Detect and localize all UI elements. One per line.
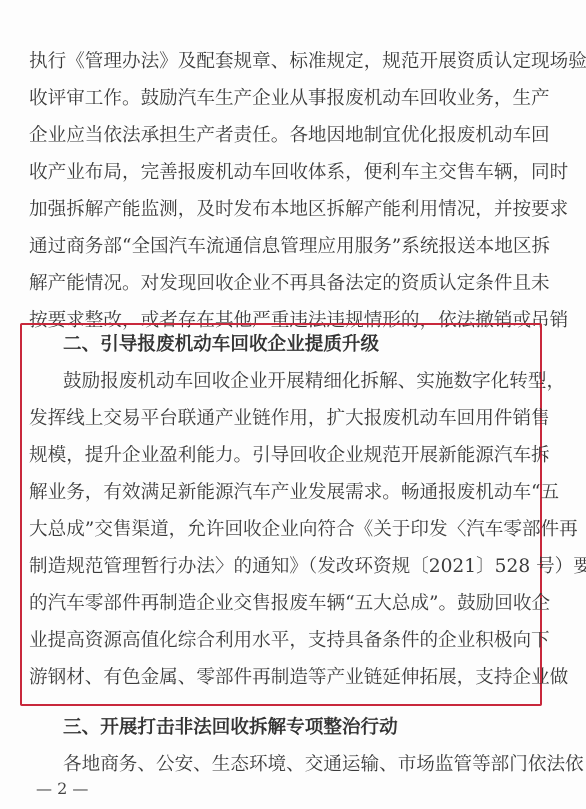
page-number: — 2 — bbox=[36, 779, 88, 799]
section-2-line: 发挥线上交易平台联通产业链作用，扩大报废机动车回用件销售 bbox=[29, 404, 475, 434]
section-2-line: 解业务，有效满足新能源汽车产业发展需求。畅通报废机动车“五 bbox=[29, 478, 475, 508]
section-2-line: 的汽车零部件再制造企业交售报废车辆“五大总成”。鼓励回收企 bbox=[29, 589, 475, 619]
section-2-line: 大总成”交售渠道，允许回收企业向符合《关于印发〈汽车零部件再 bbox=[29, 515, 475, 545]
section-2-line: 制造规范管理暂行办法〉的通知》（发改环资规〔2021〕528 号）要求 bbox=[29, 552, 475, 582]
section-2-line: 鼓励报废机动车回收企业开展精细化拆解、实施数字化转型， bbox=[63, 367, 475, 397]
body-line: 收产业布局，完善报废机动车回收体系，便利车主交售车辆，同时 bbox=[29, 158, 475, 188]
section-2-line: 规模，提升企业盈利能力。引导回收企业规范开展新能源汽车拆 bbox=[29, 441, 475, 471]
body-line: 通过商务部“全国汽车流通信息管理应用服务”系统报送本地区拆 bbox=[29, 232, 475, 262]
section-3-heading: 三、开展打击非法回收拆解专项整治行动 bbox=[63, 713, 398, 743]
section-2-line: 业提高资源高值化综合利用水平，支持具备条件的企业积极向下 bbox=[29, 626, 475, 656]
section-2-line: 游钢材、有色金属、零部件再制造等产业链延伸拓展，支持企业做 bbox=[29, 663, 475, 693]
body-line: 执行《管理办法》及配套规章、标准规定，规范开展资质认定现场验 bbox=[29, 47, 475, 77]
section-2-heading: 二、引导报废机动车回收企业提质升级 bbox=[63, 330, 379, 360]
body-line: 企业应当依法承担生产者责任。各地因地制宜优化报废机动车回 bbox=[29, 121, 475, 151]
body-line: 解产能情况。对发现回收企业不再具备法定的资质认定条件且未 bbox=[29, 269, 475, 299]
body-line: 收评审工作。鼓励汽车生产企业从事报废机动车回收业务，生产 bbox=[29, 84, 475, 114]
body-line: 加强拆解产能监测，及时发布本地区拆解产能利用情况，并按要求 bbox=[29, 195, 475, 225]
section-3-line: 各地商务、公安、生态环境、交通运输、市场监管等部门依法依 bbox=[63, 750, 475, 780]
